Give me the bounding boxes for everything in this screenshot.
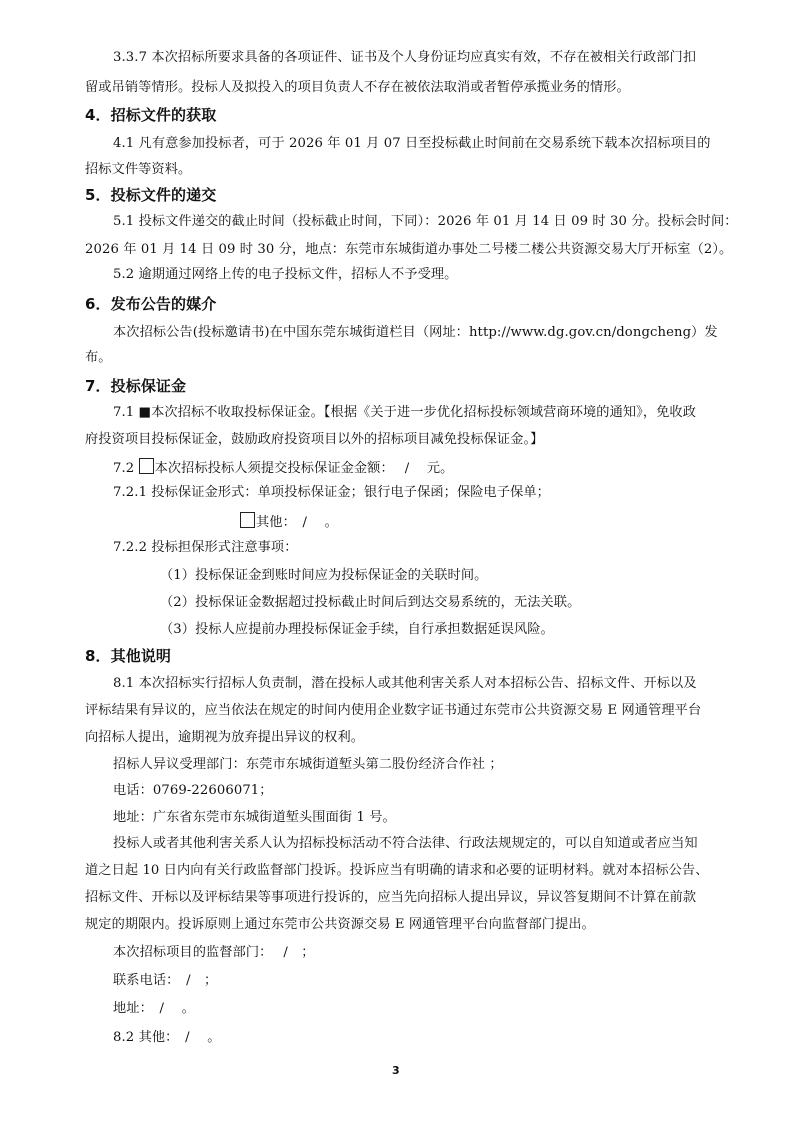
para-3-3-7-line2: 留或吊销等情形。投标人及拟投入的项目负责人不存在被依法取消或者暂停承揽业务的情形… <box>85 79 715 97</box>
para-7-2-text: 本次招标投标人须提交投标保证金金额： / 元。 <box>155 461 454 476</box>
supervision-address: 地址： / 。 <box>113 1000 743 1018</box>
note-1: （1）投标保证金到账时间应为投标保证金的关联时间。 <box>160 567 790 585</box>
para-6-line1: 本次招标公告(投标邀请书)在中国东莞东城街道栏目（网址：http://www.d… <box>113 324 743 342</box>
checkbox-7-2[interactable] <box>139 458 154 474</box>
section-heading-8: 8．其他说明 <box>85 647 715 665</box>
note-3: （3）投标人应提前办理投标保证金手续，自行承担数据延误风险。 <box>160 621 790 639</box>
para-8-2: 8.2 其他： / 。 <box>113 1029 743 1047</box>
para-4-1-line1: 4.1 凡有意参加投标者，可于 2026 年 01 月 07 日至投标截止时间前… <box>113 135 743 153</box>
note-2: （2）投标保证金数据超过投标截止时间后到达交易系统的，无法关联。 <box>160 594 790 612</box>
complaint-line4: 规定的期限内。投诉原则上通过东莞市公共资源交易 E 网通管理平台向监督部门提出。 <box>85 916 715 934</box>
para-7-2-1-other: 其他： / 。 <box>240 512 794 532</box>
para-3-3-7-line1: 3.3.7 本次招标所要求具备的各项证件、证书及个人身份证均应真实有效，不存在被… <box>113 49 743 67</box>
para-8-1-line2: 评标结果有异议的，应当依法在规定的时间内使用企业数字证书通过东莞市公共资源交易 … <box>85 702 715 720</box>
para-7-1-line1: 7.1 ■本次招标不收取投标保证金。【根据《关于进一步优化招标投标领域营商环境的… <box>113 404 743 422</box>
para-7-2-number: 7.2 <box>113 461 139 476</box>
supervision-phone: 联系电话： / ； <box>113 972 743 990</box>
section-heading-6: 6．发布公告的媒介 <box>85 295 715 313</box>
para-6-line2: 布。 <box>85 349 715 367</box>
document-page: 3.3.7 本次招标所要求具备的各项证件、证书及个人身份证均应真实有效，不存在被… <box>0 0 794 1123</box>
para-5-1-line2: 2026 年 01 月 14 日 09 时 30 分，地点：东莞市东城街道办事处… <box>85 241 715 259</box>
complaint-line3: 招标文件、开标以及评标结果等事项进行投诉的，应当先向招标人提出异议，异议答复期间… <box>85 889 715 907</box>
para-8-1-line3: 向招标人提出，逾期视为放弃提出异议的权利。 <box>85 729 715 747</box>
para-4-1-line2: 招标文件等资料。 <box>85 161 715 179</box>
objection-department: 招标人异议受理部门：东莞市东城街道堑头第二股份经济合作社 ； <box>113 756 743 774</box>
other-text: 其他： / 。 <box>256 515 338 530</box>
section-heading-7: 7．投标保证金 <box>85 377 715 395</box>
para-8-1-line1: 8.1 本次招标实行招标人负责制，潜在投标人或其他利害关系人对本招标公告、招标文… <box>113 675 743 693</box>
section-heading-4: 4．招标文件的获取 <box>85 106 715 124</box>
para-7-1-line2: 府投资项目投标保证金，鼓励政府投资项目以外的招标项目减免投标保证金。】 <box>85 431 715 449</box>
objection-phone: 电话：0769-22606071； <box>113 782 743 800</box>
para-7-2-2: 7.2.2 投标担保形式注意事项： <box>113 539 743 557</box>
complaint-line2: 道之日起 10 日内向有关行政监督部门投诉。投诉应当有明确的请求和必要的证明材料… <box>85 862 715 880</box>
para-7-2: 7.2 本次招标投标人须提交投标保证金金额： / 元。 <box>113 458 743 478</box>
objection-address: 地址：广东省东莞市东城街道堑头围面街 1 号。 <box>113 809 743 827</box>
para-5-1-line1: 5.1 投标文件递交的截止时间（投标截止时间，下同）：2026 年 01 月 1… <box>113 213 743 231</box>
para-7-2-1: 7.2.1 投标保证金形式：单项投标保证金；银行电子保函；保险电子保单； <box>113 484 743 502</box>
section-heading-5: 5．投标文件的递交 <box>85 186 715 204</box>
para-5-2: 5.2 逾期通过网络上传的电子投标文件，招标人不予受理。 <box>113 266 743 284</box>
complaint-line1: 投标人或者其他利害关系人认为招标投标活动不符合法律、行政法规规定的，可以自知道或… <box>113 835 743 853</box>
page-number: 3 <box>392 1064 400 1077</box>
checkbox-other[interactable] <box>240 512 255 528</box>
supervision-department: 本次招标项目的监督部门： / ； <box>113 944 743 962</box>
